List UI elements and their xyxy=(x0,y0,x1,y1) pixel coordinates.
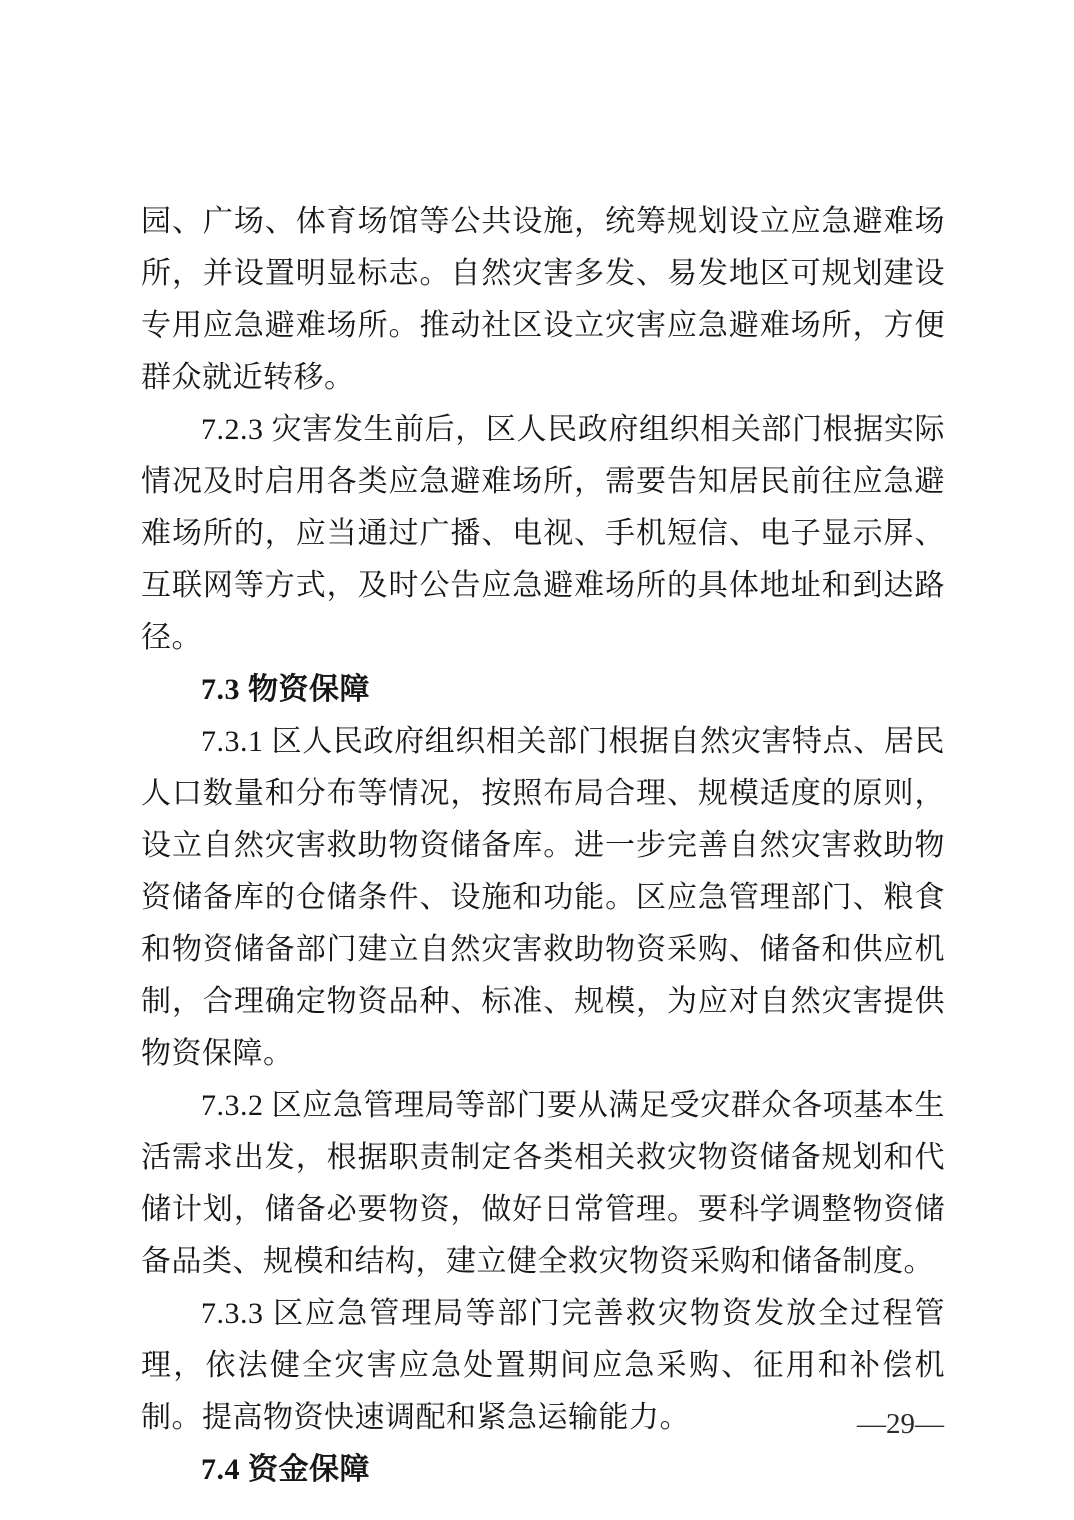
paragraph-section-7-3-2: 7.3.2 区应急管理局等部门要从满足受灾群众各项基本生活需求出发，根据职责制定… xyxy=(141,1080,945,1288)
page-number: —29— xyxy=(857,1398,944,1450)
paragraph-continuation: 园、广场、体育场馆等公共设施，统筹规划设立应急避难场所，并设置明显标志。自然灾害… xyxy=(141,196,945,404)
heading-section-7-4: 7.4 资金保障 xyxy=(141,1444,945,1496)
heading-section-7-3: 7.3 物资保障 xyxy=(141,664,945,716)
paragraph-section-7-3-1: 7.3.1 区人民政府组织相关部门根据自然灾害特点、居民人口数量和分布等情况，按… xyxy=(141,716,945,1080)
document-page-body: 园、广场、体育场馆等公共设施，统筹规划设立应急避难场所，并设置明显标志。自然灾害… xyxy=(141,196,945,1496)
paragraph-section-7-3-3: 7.3.3 区应急管理局等部门完善救灾物资发放全过程管理，依法健全灾害应急处置期… xyxy=(141,1288,945,1444)
paragraph-section-7-2-3: 7.2.3 灾害发生前后，区人民政府组织相关部门根据实际情况及时启用各类应急避难… xyxy=(141,404,945,664)
